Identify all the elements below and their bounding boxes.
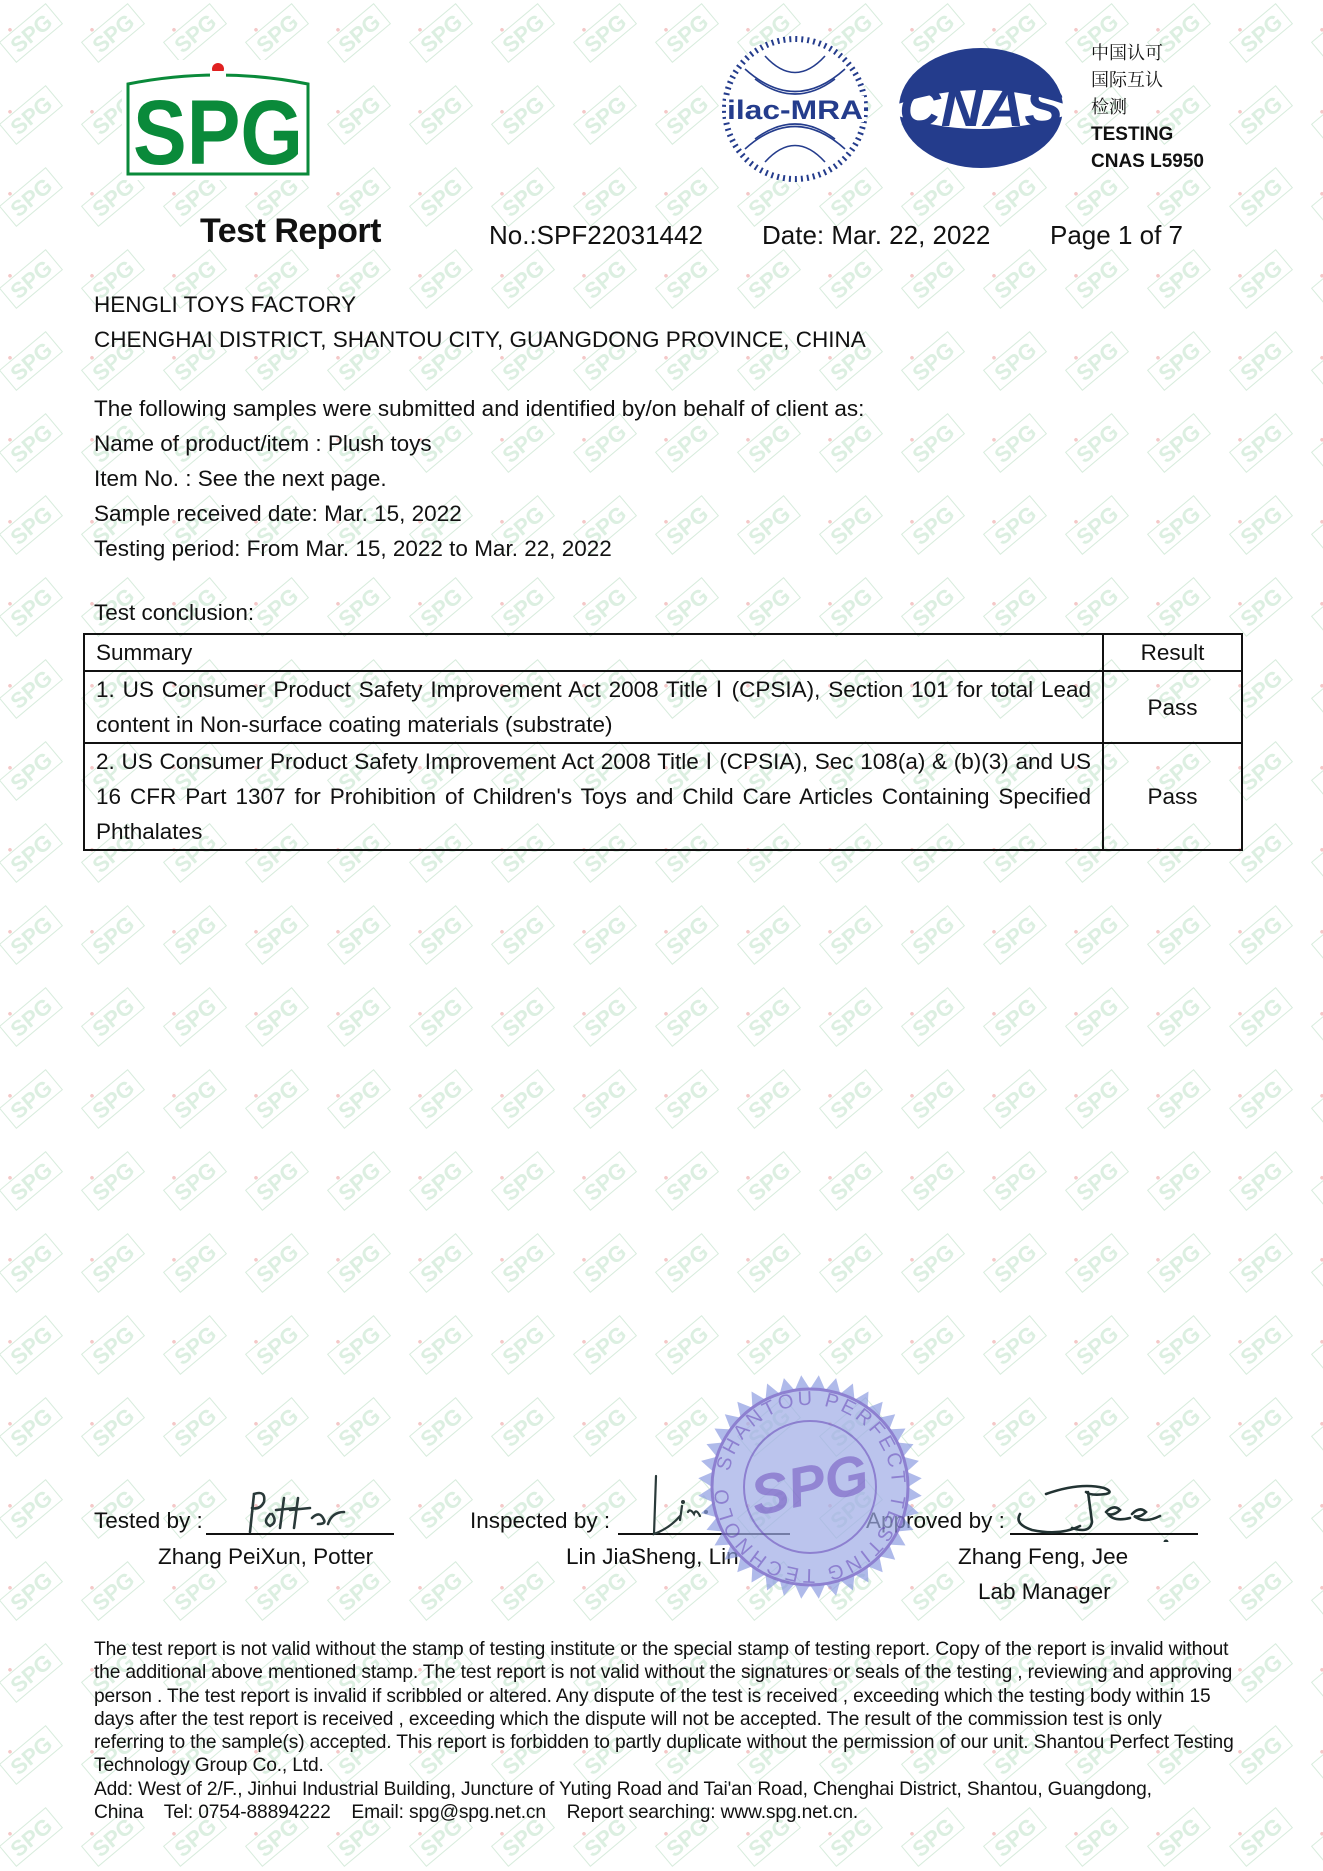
- result-cell: Pass: [1103, 743, 1242, 850]
- approved-by-title: Lab Manager: [978, 1579, 1111, 1605]
- inspected-by-label: Inspected by :: [470, 1508, 610, 1534]
- client-address: CHENGHAI DISTRICT, SHANTOU CITY, GUANGDO…: [94, 322, 866, 357]
- accreditation-line: 国际互认: [1091, 67, 1204, 94]
- testing-period: Testing period: From Mar. 15, 2022 to Ma…: [94, 531, 864, 566]
- table-row: 1. US Consumer Product Safety Improvemen…: [84, 671, 1242, 743]
- spg-logo-text: SPG: [133, 82, 303, 180]
- table-row: 2. US Consumer Product Safety Improvemen…: [84, 743, 1242, 850]
- approved-by-name: Zhang Feng, Jee: [958, 1544, 1128, 1570]
- sample-received-date: Sample received date: Mar. 15, 2022: [94, 496, 864, 531]
- report-title: Test Report: [200, 212, 381, 251]
- product-name: Name of product/item : Plush toys: [94, 426, 864, 461]
- table-header-row: Summary Result: [84, 634, 1242, 671]
- summary-cell: 2. US Consumer Product Safety Improvemen…: [84, 743, 1103, 850]
- accreditation-text: 中国认可 国际互认 检测 TESTING CNAS L5950: [1091, 40, 1204, 175]
- conclusion-table: Summary Result 1. US Consumer Product Sa…: [83, 633, 1243, 851]
- company-address: Add: West of 2/F., Jinhui Industrial Bui…: [94, 1778, 1234, 1801]
- report-header: Test Report No.:SPF22031442 Date: Mar. 2…: [0, 212, 1323, 252]
- jee-signature: [1010, 1478, 1180, 1542]
- company-seal-stamp: SHANTOU PERFECT TESTING TECHNOLOGY GROUP…: [695, 1372, 925, 1602]
- item-number: Item No. : See the next page.: [94, 461, 864, 496]
- report-number: No.:SPF22031442: [489, 220, 703, 251]
- accreditation-line: CNAS L5950: [1091, 148, 1204, 175]
- conclusion-label: Test conclusion:: [94, 600, 254, 626]
- client-info: HENGLI TOYS FACTORY CHENGHAI DISTRICT, S…: [94, 287, 866, 357]
- spg-watermark-pattern: SPG: [0, 0, 1323, 1871]
- sample-info: The following samples were submitted and…: [94, 391, 864, 566]
- result-cell: Pass: [1103, 671, 1242, 743]
- cnas-logo: CNAS: [896, 46, 1066, 170]
- sample-intro: The following samples were submitted and…: [94, 391, 864, 426]
- spg-logo: SPG: [122, 60, 314, 180]
- page-indicator: Page 1 of 7: [1050, 220, 1183, 251]
- accreditation-line: 中国认可: [1091, 40, 1204, 67]
- disclaimer: The test report is not valid without the…: [94, 1638, 1234, 1824]
- tested-by-name: Zhang PeiXun, Potter: [158, 1544, 373, 1570]
- column-header-result: Result: [1103, 634, 1242, 671]
- client-name: HENGLI TOYS FACTORY: [94, 287, 866, 322]
- ilac-mra-logo: ilac-MRA: [720, 34, 870, 184]
- summary-cell: 1. US Consumer Product Safety Improvemen…: [84, 671, 1103, 743]
- company-contact: China Tel: 0754-88894222 Email: spg@spg.…: [94, 1801, 1234, 1824]
- accreditation-line: 检测: [1091, 94, 1204, 121]
- cnas-logo-text: CNAS: [899, 78, 1063, 138]
- accreditation-line: TESTING: [1091, 121, 1204, 148]
- tested-by-label: Tested by :: [94, 1508, 203, 1534]
- ilac-logo-text: ilac-MRA: [727, 95, 863, 125]
- column-header-summary: Summary: [84, 634, 1103, 671]
- report-date: Date: Mar. 22, 2022: [762, 220, 990, 251]
- potter-signature: [240, 1488, 350, 1536]
- disclaimer-text: The test report is not valid without the…: [94, 1638, 1234, 1778]
